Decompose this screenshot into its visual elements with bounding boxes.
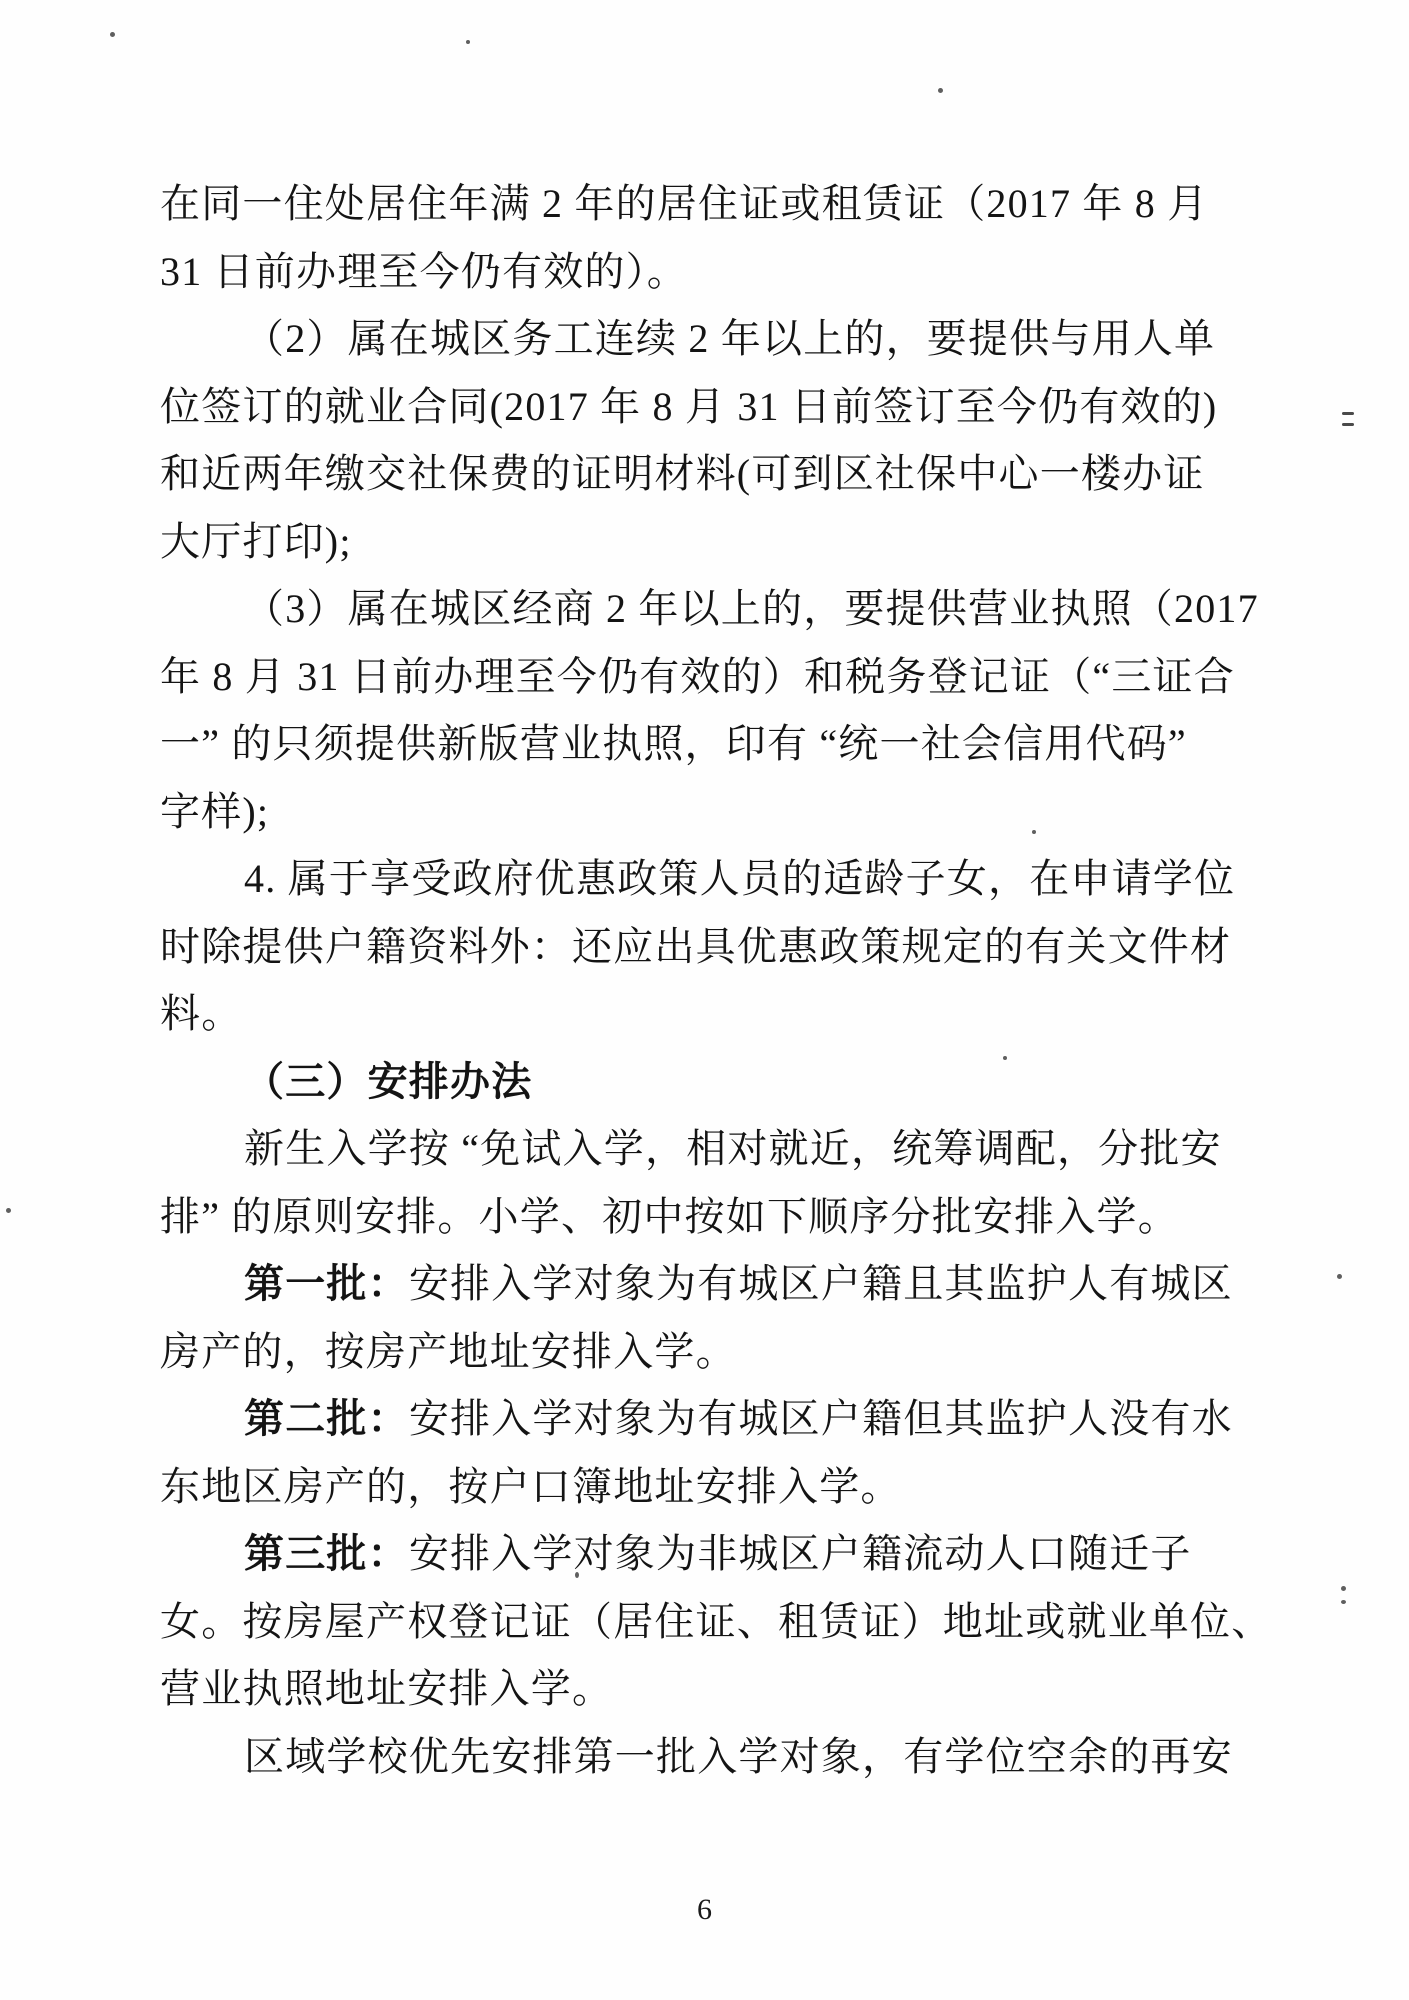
line-text: 安排入学对象为有城区户籍且其监护人有城区 — [409, 1261, 1233, 1306]
scan-speck — [1032, 830, 1036, 834]
line-text: 新生入学按 “免试入学，相对就近，统筹调配，分批安 — [244, 1126, 1222, 1171]
line-text: 东地区房产的，按户口簿地址安排入学。 — [160, 1464, 902, 1509]
line-text: （2）属在城区务工连续 2 年以上的，要提供与用人单 — [244, 316, 1215, 361]
scanned-page: 在同一住处居住年满 2 年的居住证或租赁证（2017 年 8 月31 日前办理至… — [0, 0, 1409, 2000]
text-line: 31 日前办理至今仍有效的）。 — [160, 238, 1278, 306]
text-line: 东地区房产的，按户口簿地址安排入学。 — [160, 1453, 1278, 1521]
line-text: 31 日前办理至今仍有效的）。 — [160, 249, 688, 294]
text-line: 和近两年缴交社保费的证明材料(可到区社保中心一楼办证 — [160, 440, 1278, 508]
text-line: 字样); — [160, 778, 1278, 846]
text-line: 料。 — [160, 980, 1278, 1048]
text-line: 4. 属于享受政府优惠政策人员的适龄子女，在申请学位 — [160, 845, 1278, 913]
scan-speck — [466, 40, 470, 44]
text-line: 一” 的只须提供新版营业执照，印有 “统一社会信用代码” — [160, 710, 1278, 778]
line-text: 安排入学对象为非城区户籍流动人口随迁子 — [409, 1531, 1192, 1576]
line-text: 排” 的原则安排。小学、初中按如下顺序分批安排入学。 — [160, 1194, 1179, 1239]
line-text: 4. 属于享受政府优惠政策人员的适龄子女，在申请学位 — [244, 856, 1235, 901]
text-line: 大厅打印); — [160, 508, 1278, 576]
scan-speck — [1342, 423, 1354, 426]
line-text: 大厅打印); — [160, 519, 352, 564]
text-line: 营业执照地址安排入学。 — [160, 1655, 1278, 1723]
text-line: 新生入学按 “免试入学，相对就近，统筹调配，分批安 — [160, 1115, 1278, 1183]
line-text: 安排入学对象为有城区户籍但其监护人没有水 — [409, 1396, 1233, 1441]
scan-speck — [575, 1572, 579, 1578]
line-text: （3）属在城区经商 2 年以上的，要提供营业执照（2017 — [244, 586, 1259, 631]
section-heading: （三）安排办法 — [160, 1048, 1278, 1116]
text-line: 在同一住处居住年满 2 年的居住证或租赁证（2017 年 8 月 — [160, 170, 1278, 238]
text-line: 位签订的就业合同(2017 年 8 月 31 日前签订至今仍有效的) — [160, 373, 1278, 441]
text-line: 第二批：安排入学对象为有城区户籍但其监护人没有水 — [160, 1385, 1278, 1453]
text-line: 房产的，按房产地址安排入学。 — [160, 1318, 1278, 1386]
line-text: 营业执照地址安排入学。 — [160, 1666, 613, 1711]
line-text: 料。 — [160, 991, 242, 1036]
line-text: 年 8 月 31 日前办理至今仍有效的）和税务登记证（“三证合 — [160, 654, 1235, 699]
scan-speck — [938, 88, 943, 93]
bold-lead: 第二批： — [244, 1396, 409, 1441]
bold-lead: 第三批： — [244, 1531, 409, 1576]
text-line: 女。按房屋产权登记证（居住证、租赁证）地址或就业单位、 — [160, 1588, 1278, 1656]
document-body: 在同一住处居住年满 2 年的居住证或租赁证（2017 年 8 月31 日前办理至… — [160, 170, 1278, 1790]
scan-speck — [1341, 1586, 1346, 1591]
text-line: 区域学校优先安排第一批入学对象，有学位空余的再安 — [160, 1723, 1278, 1791]
scan-speck — [1337, 1274, 1342, 1279]
line-text: 在同一住处居住年满 2 年的居住证或租赁证（2017 年 8 月 — [160, 181, 1208, 226]
line-text: 和近两年缴交社保费的证明材料(可到区社保中心一楼办证 — [160, 451, 1205, 496]
text-line: （2）属在城区务工连续 2 年以上的，要提供与用人单 — [160, 305, 1278, 373]
bold-lead: 第一批： — [244, 1261, 409, 1306]
text-line: 排” 的原则安排。小学、初中按如下顺序分批安排入学。 — [160, 1183, 1278, 1251]
line-text: 女。按房屋产权登记证（居住证、租赁证）地址或就业单位、 — [160, 1599, 1272, 1644]
text-line: 第三批：安排入学对象为非城区户籍流动人口随迁子 — [160, 1520, 1278, 1588]
scan-speck — [6, 1208, 11, 1213]
line-text: 房产的，按房产地址安排入学。 — [160, 1329, 737, 1374]
text-line: 时除提供户籍资料外：还应出具优惠政策规定的有关文件材 — [160, 913, 1278, 981]
scan-speck — [110, 32, 115, 37]
scan-speck — [1342, 412, 1354, 415]
line-text: 时除提供户籍资料外：还应出具优惠政策规定的有关文件材 — [160, 924, 1231, 969]
line-text: 一” 的只须提供新版营业执照，印有 “统一社会信用代码” — [160, 721, 1187, 766]
text-line: 年 8 月 31 日前办理至今仍有效的）和税务登记证（“三证合 — [160, 643, 1278, 711]
line-text: 区域学校优先安排第一批入学对象，有学位空余的再安 — [244, 1734, 1233, 1779]
text-line: （3）属在城区经商 2 年以上的，要提供营业执照（2017 — [160, 575, 1278, 643]
scan-speck — [1003, 1056, 1007, 1060]
line-text: （三）安排办法 — [244, 1059, 532, 1104]
line-text: 字样); — [160, 789, 269, 834]
scan-speck — [1341, 1600, 1346, 1604]
page-number: 6 — [0, 1893, 1409, 1927]
text-line: 第一批：安排入学对象为有城区户籍且其监护人有城区 — [160, 1250, 1278, 1318]
line-text: 位签订的就业合同(2017 年 8 月 31 日前签订至今仍有效的) — [160, 384, 1217, 429]
